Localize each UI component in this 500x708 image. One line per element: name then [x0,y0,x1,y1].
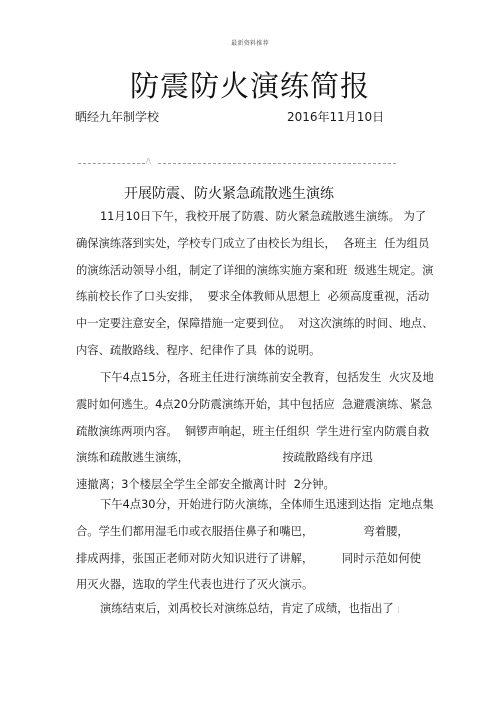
paragraph-line: 下午4点30分，开始进行防火演练，全体师生迅速到达指 定地点集 [76,492,428,519]
paragraph-line: 内容、疏散路线、程序、纪律作了具 体的说明。 [76,338,428,365]
paragraph-3: 下午4点30分，开始进行防火演练，全体师生迅速到达指 定地点集 合。学生们都用湿… [76,492,428,599]
page-edge-mark: ¦ [397,605,400,614]
paragraph-line-text: 演练结束后，刘禹校长对演练总结，肯定了成绩，也指出了 [100,602,394,615]
separator-right [158,163,396,164]
paragraph-line: 演练和疏散逃生演练， 按疏散路线有序迅 [76,445,428,472]
paragraph-line: 11月10日下午，我校开展了防震、防火紧急疏散逃生演练。 为了 [76,204,428,231]
header-note: 最新资料推荐 [0,38,500,47]
paragraph-line: 练前校长作了口头安排， 要求全体教师从思想上 必须高度重视，活动 [76,284,428,311]
paragraph-line: 确保演练落到实处，学校专门成立了由校长为组长， 各班主 任为组员 [76,231,428,258]
paragraph-line: 下午4点15分，各班主任进行演练前安全教育，包括发生 火灾及地 [76,365,428,392]
separator-line: /\ [78,161,396,167]
report-date: 2016年11月10日 [287,108,384,125]
paragraph-2: 下午4点15分，各班主任进行演练前安全教育，包括发生 火灾及地 震时如何逃生。4… [76,365,428,499]
paragraph-line: 震时如何逃生。4点20分防震演练开始，其中包括应 急避震演练、紧急 [76,392,428,419]
paragraph-line: 中一定要注意安全，保障措施一定要到位。 对这次演练的时间、地点、 [76,311,428,338]
paragraph-1: 11月10日下午，我校开展了防震、防火紧急疏散逃生演练。 为了 确保演练落到实处… [76,204,428,365]
paragraph-4: 演练结束后，刘禹校长对演练总结，肯定了成绩，也指出了 ¦ [76,596,428,623]
paragraph-line: 排成两排，张国正老师对防火知识进行了讲解， 同时示范如何使 [76,546,428,573]
school-name: 晒经九年制学校 [75,108,159,125]
document-page: 最新资料推荐 防震防火演练简报 晒经九年制学校 2016年11月10日 /\ 开… [0,0,500,708]
paragraph-line: 疏散演练两项内容。 铜锣声响起，班主任组织 学生进行室内防震自救 [76,419,428,446]
meta-row: 晒经九年制学校 2016年11月10日 [75,108,435,128]
paragraph-line: 合。学生们都用湿毛巾或衣服捂住鼻子和嘴巴， 弯着腰， [76,519,428,546]
separator-left [78,163,145,164]
paragraph-line: 的演练活动领导小组，制定了详细的演练实施方案和班 级逃生规定。演 [76,258,428,285]
paragraph-line: 演练结束后，刘禹校长对演练总结，肯定了成绩，也指出了 ¦ [76,596,428,623]
document-title: 防震防火演练简报 [0,64,500,105]
section-subtitle: 开展防震、防火紧急疏散逃生演练 [124,183,334,203]
separator-mark: /\ [146,157,151,165]
